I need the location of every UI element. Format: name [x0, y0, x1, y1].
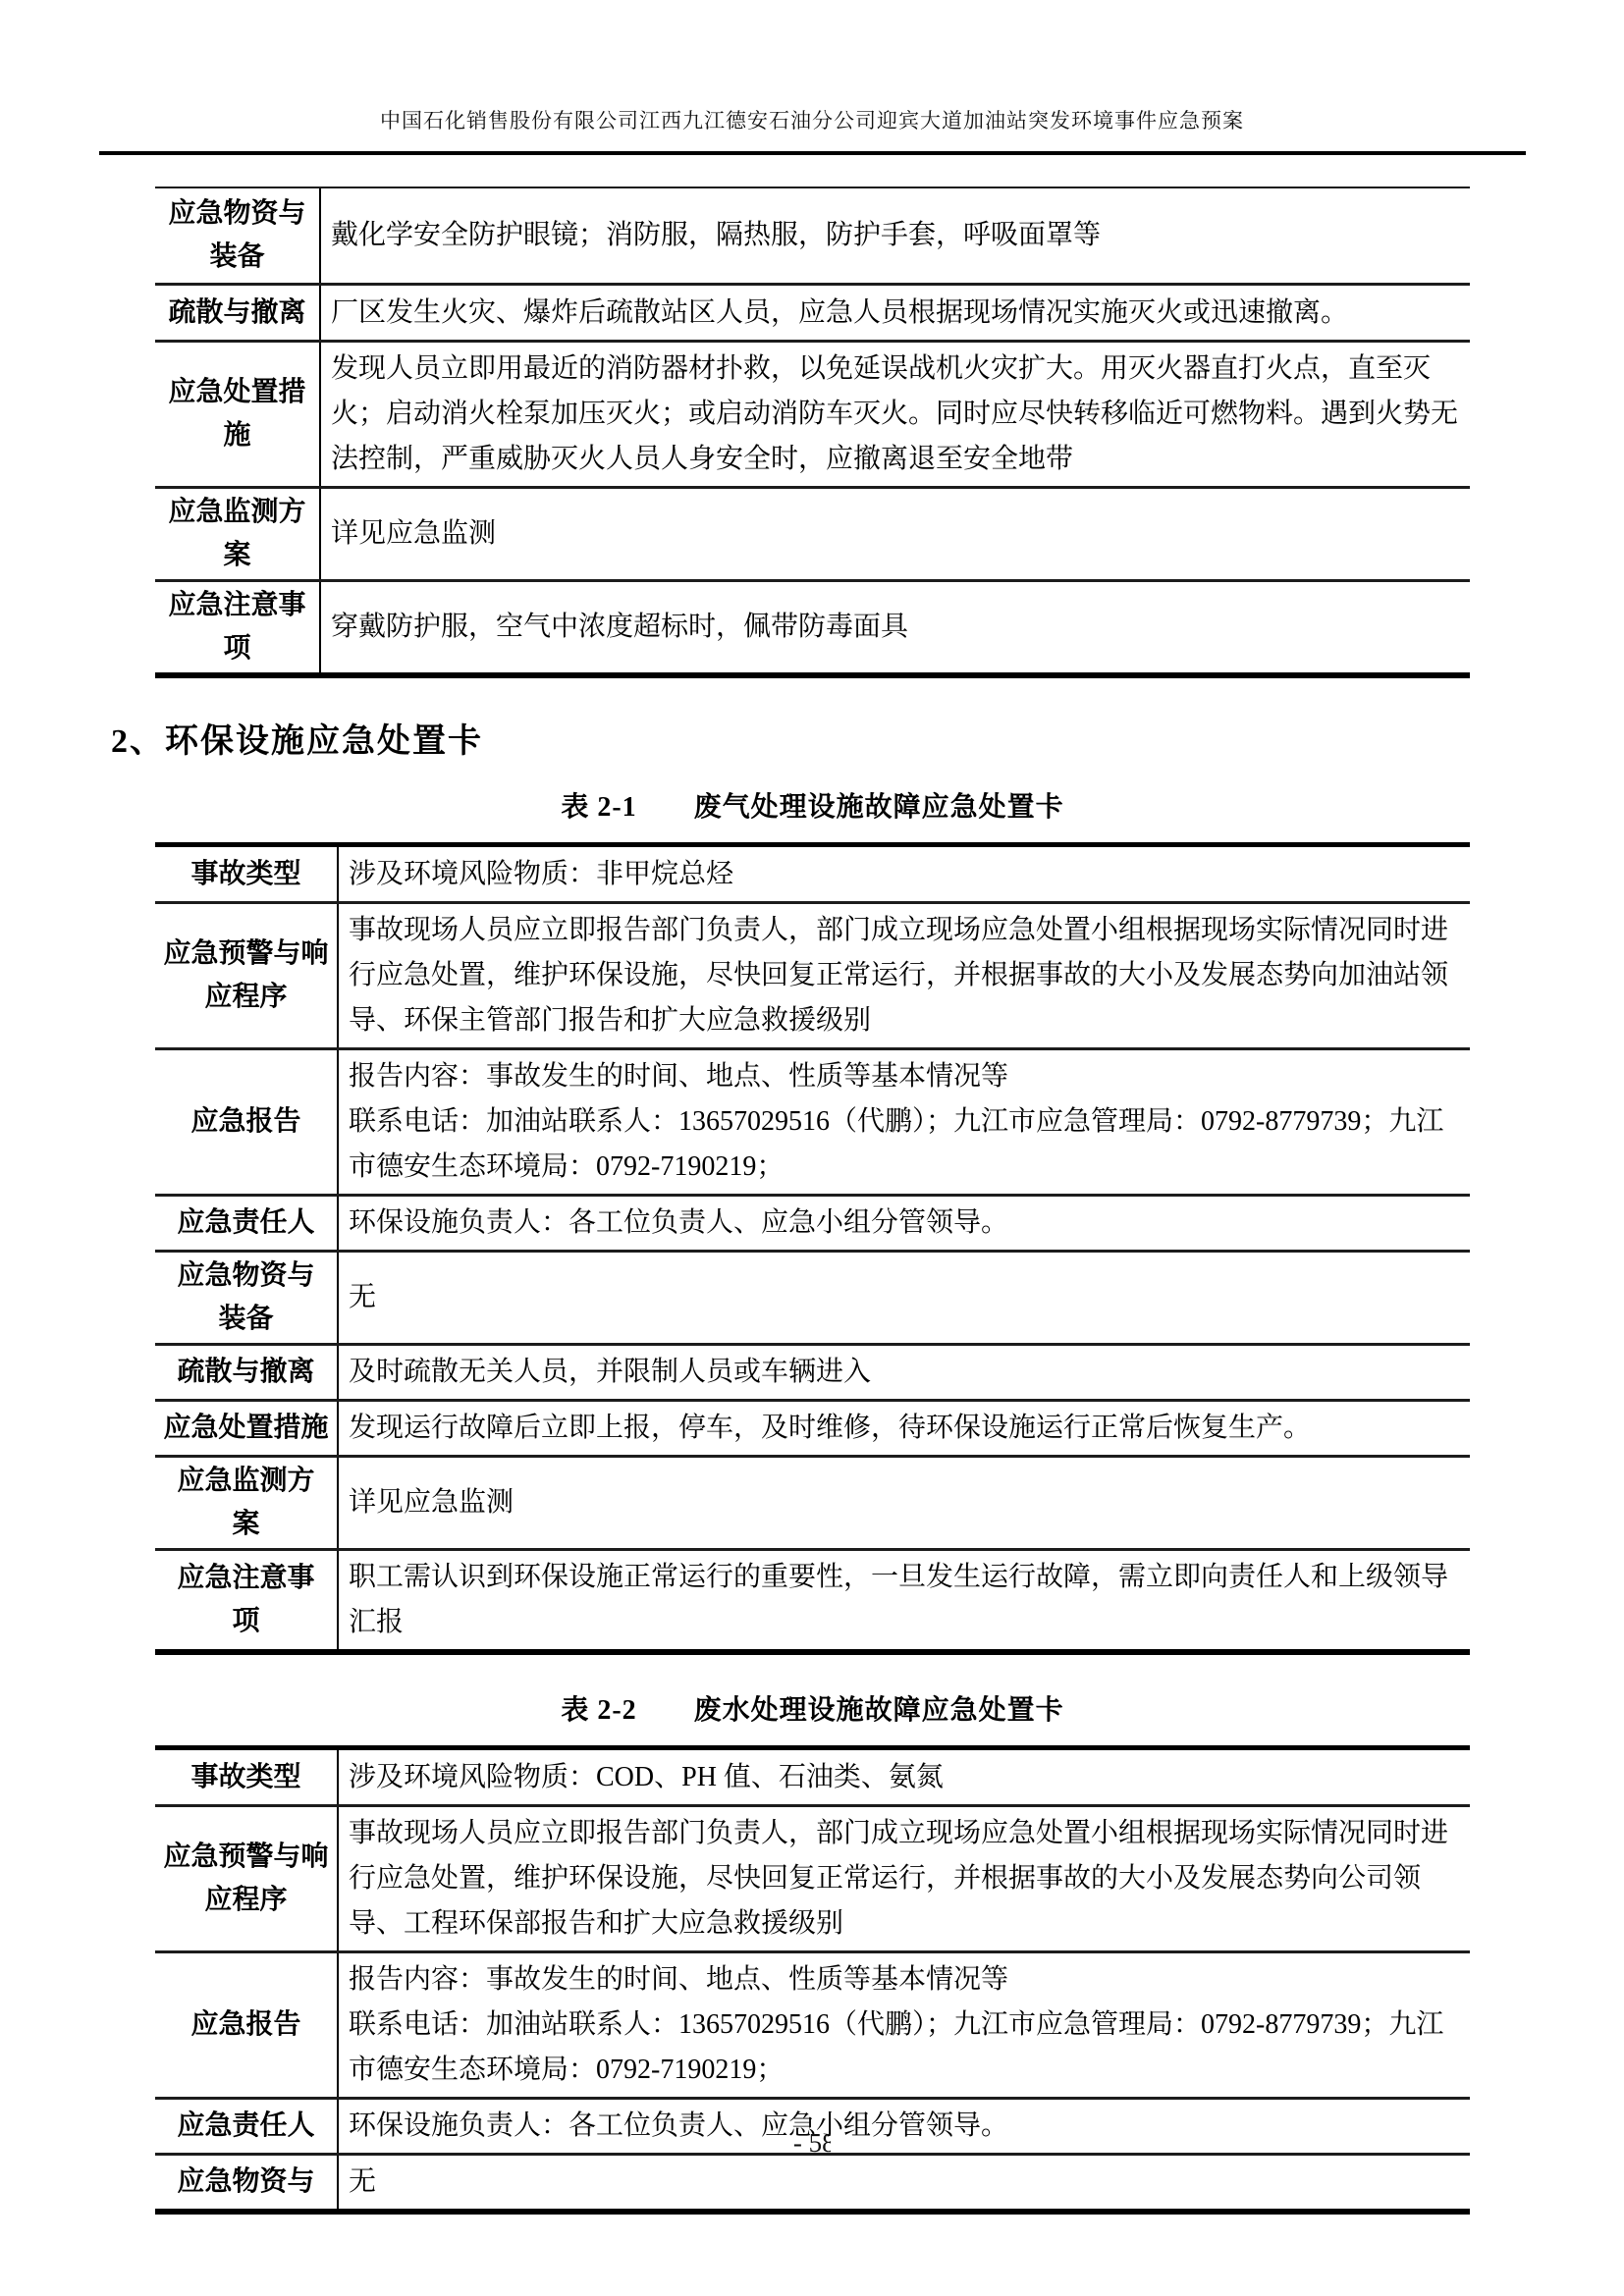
page-number-clipped-digit: 8	[822, 2128, 831, 2159]
table-row: 应急注意事 项 穿戴防护服，空气中浓度超标时，佩带防毒面具	[155, 579, 1470, 672]
emergency-card-continuation-table: 应急物资与 装备 戴化学安全防护眼镜；消防服，隔热服，防护手套，呼吸面罩等 疏散…	[155, 187, 1470, 678]
table-row: 应急处置措 施 发现人员立即用最近的消防器材扑救，以免延误战机火灾扩大。用灭火器…	[155, 340, 1470, 486]
row-content-cell: 穿戴防护服，空气中浓度超标时，佩带防毒面具	[321, 582, 1470, 672]
header-divider	[99, 151, 1526, 155]
row-content-cell: 报告内容：事故发生的时间、地点、性质等基本情况等 联系电话：加油站联系人：136…	[339, 1953, 1470, 2097]
row-label-cell: 应急监测方 案	[155, 489, 321, 579]
row-content-cell: 事故现场人员应立即报告部门负责人，部门成立现场应急处置小组根据现场实际情况同时进…	[339, 904, 1470, 1047]
page-content: 应急物资与 装备 戴化学安全防护眼镜；消防服，隔热服，防护手套，呼吸面罩等 疏散…	[155, 187, 1470, 2215]
row-label-cell: 应急报告	[155, 1953, 339, 2097]
row-content-cell: 及时疏散无关人员，并限制人员或车辆进入	[339, 1346, 1470, 1399]
page-number-text: - 5	[793, 2128, 822, 2158]
row-content-cell: 环保设施负责人：各工位负责人、应急小组分管领导。	[339, 1197, 1470, 1250]
row-label-cell: 应急处置措施	[155, 1402, 339, 1455]
row-content-cell: 涉及环境风险物质：非甲烷总烃	[339, 847, 1470, 901]
row-content-cell: 发现运行故障后立即上报，停车，及时维修，待环保设施运行正常后恢复生产。	[339, 1402, 1470, 1455]
table-2-2-caption: 表 2-2 废水处理设施故障应急处置卡	[155, 1688, 1470, 1728]
row-content-cell: 发现人员立即用最近的消防器材扑救，以免延误战机火灾扩大。用灭火器直打火点，直至灭…	[321, 343, 1470, 486]
table-2-1: 事故类型 涉及环境风险物质：非甲烷总烃 应急预警与响 应程序 事故现场人员应立即…	[155, 842, 1470, 1655]
row-content-cell: 戴化学安全防护眼镜；消防服，隔热服，防护手套，呼吸面罩等	[321, 188, 1470, 283]
table-row: 应急预警与响 应程序 事故现场人员应立即报告部门负责人，部门成立现场应急处置小组…	[155, 1804, 1470, 1950]
row-label-cell: 应急处置措 施	[155, 343, 321, 486]
row-label-cell: 应急责任人	[155, 1197, 339, 1250]
row-label-cell: 应急物资与 装备	[155, 188, 321, 283]
row-content-cell: 无	[339, 1253, 1470, 1343]
table-row: 应急物资与 装备 戴化学安全防护眼镜；消防服，隔热服，防护手套，呼吸面罩等	[155, 188, 1470, 283]
table-row: 应急预警与响 应程序 事故现场人员应立即报告部门负责人，部门成立现场应急处置小组…	[155, 901, 1470, 1047]
table-2-1-caption: 表 2-1 废气处理设施故障应急处置卡	[155, 785, 1470, 825]
table-row: 应急监测方 案 详见应急监测	[155, 1455, 1470, 1548]
table-row: 应急物资与 无	[155, 2153, 1470, 2209]
row-label-cell: 应急注意事 项	[155, 1551, 339, 1649]
document-page: 中国石化销售股份有限公司江西九江德安石油分公司迎宾大道加油站突发环境事件应急预案…	[0, 0, 1624, 2296]
table-row: 应急处置措施 发现运行故障后立即上报，停车，及时维修，待环保设施运行正常后恢复生…	[155, 1399, 1470, 1455]
table-row: 应急注意事 项 职工需认识到环保设施正常运行的重要性，一旦发生运行故障，需立即向…	[155, 1548, 1470, 1649]
row-label-cell: 应急物资与 装备	[155, 1253, 339, 1343]
row-label-cell: 疏散与撤离	[155, 1346, 339, 1399]
page-header-title: 中国石化销售股份有限公司江西九江德安石油分公司迎宾大道加油站突发环境事件应急预案	[0, 106, 1624, 135]
row-label-cell: 应急物资与	[155, 2156, 339, 2209]
row-label-cell: 事故类型	[155, 1750, 339, 1804]
table-row: 应急物资与 装备 无	[155, 1250, 1470, 1343]
row-label-cell: 应急预警与响 应程序	[155, 904, 339, 1047]
row-label-cell: 应急监测方 案	[155, 1458, 339, 1548]
page-number: - 58	[0, 2128, 1624, 2159]
table-row: 疏散与撤离 及时疏散无关人员，并限制人员或车辆进入	[155, 1343, 1470, 1399]
table-row: 疏散与撤离 厂区发生火灾、爆炸后疏散站区人员，应急人员根据现场情况实施灭火或迅速…	[155, 283, 1470, 340]
row-content-cell: 涉及环境风险物质：COD、PH 值、石油类、氨氮	[339, 1750, 1470, 1804]
row-content-cell: 事故现场人员应立即报告部门负责人，部门成立现场应急处置小组根据现场实际情况同时进…	[339, 1807, 1470, 1950]
row-content-cell: 职工需认识到环保设施正常运行的重要性，一旦发生运行故障，需立即向责任人和上级领导…	[339, 1551, 1470, 1649]
row-label-cell: 应急预警与响 应程序	[155, 1807, 339, 1950]
row-content-cell: 详见应急监测	[339, 1458, 1470, 1548]
row-label-cell: 事故类型	[155, 847, 339, 901]
section-heading: 2、环保设施应急处置卡	[111, 714, 1470, 762]
table-row: 应急报告 报告内容：事故发生的时间、地点、性质等基本情况等 联系电话：加油站联系…	[155, 1950, 1470, 2097]
table-row: 应急报告 报告内容：事故发生的时间、地点、性质等基本情况等 联系电话：加油站联系…	[155, 1047, 1470, 1194]
row-label-cell: 应急报告	[155, 1050, 339, 1194]
row-content-cell: 无	[339, 2156, 1470, 2209]
row-content-cell: 报告内容：事故发生的时间、地点、性质等基本情况等 联系电话：加油站联系人：136…	[339, 1050, 1470, 1194]
table-row: 事故类型 涉及环境风险物质：非甲烷总烃	[155, 847, 1470, 901]
table-row: 应急监测方 案 详见应急监测	[155, 486, 1470, 579]
table-row: 应急责任人 环保设施负责人：各工位负责人、应急小组分管领导。	[155, 1194, 1470, 1250]
row-label-cell: 应急注意事 项	[155, 582, 321, 672]
table-row: 事故类型 涉及环境风险物质：COD、PH 值、石油类、氨氮	[155, 1750, 1470, 1804]
row-content-cell: 厂区发生火灾、爆炸后疏散站区人员，应急人员根据现场情况实施灭火或迅速撤离。	[321, 286, 1470, 340]
row-label-cell: 疏散与撤离	[155, 286, 321, 340]
row-content-cell: 详见应急监测	[321, 489, 1470, 579]
